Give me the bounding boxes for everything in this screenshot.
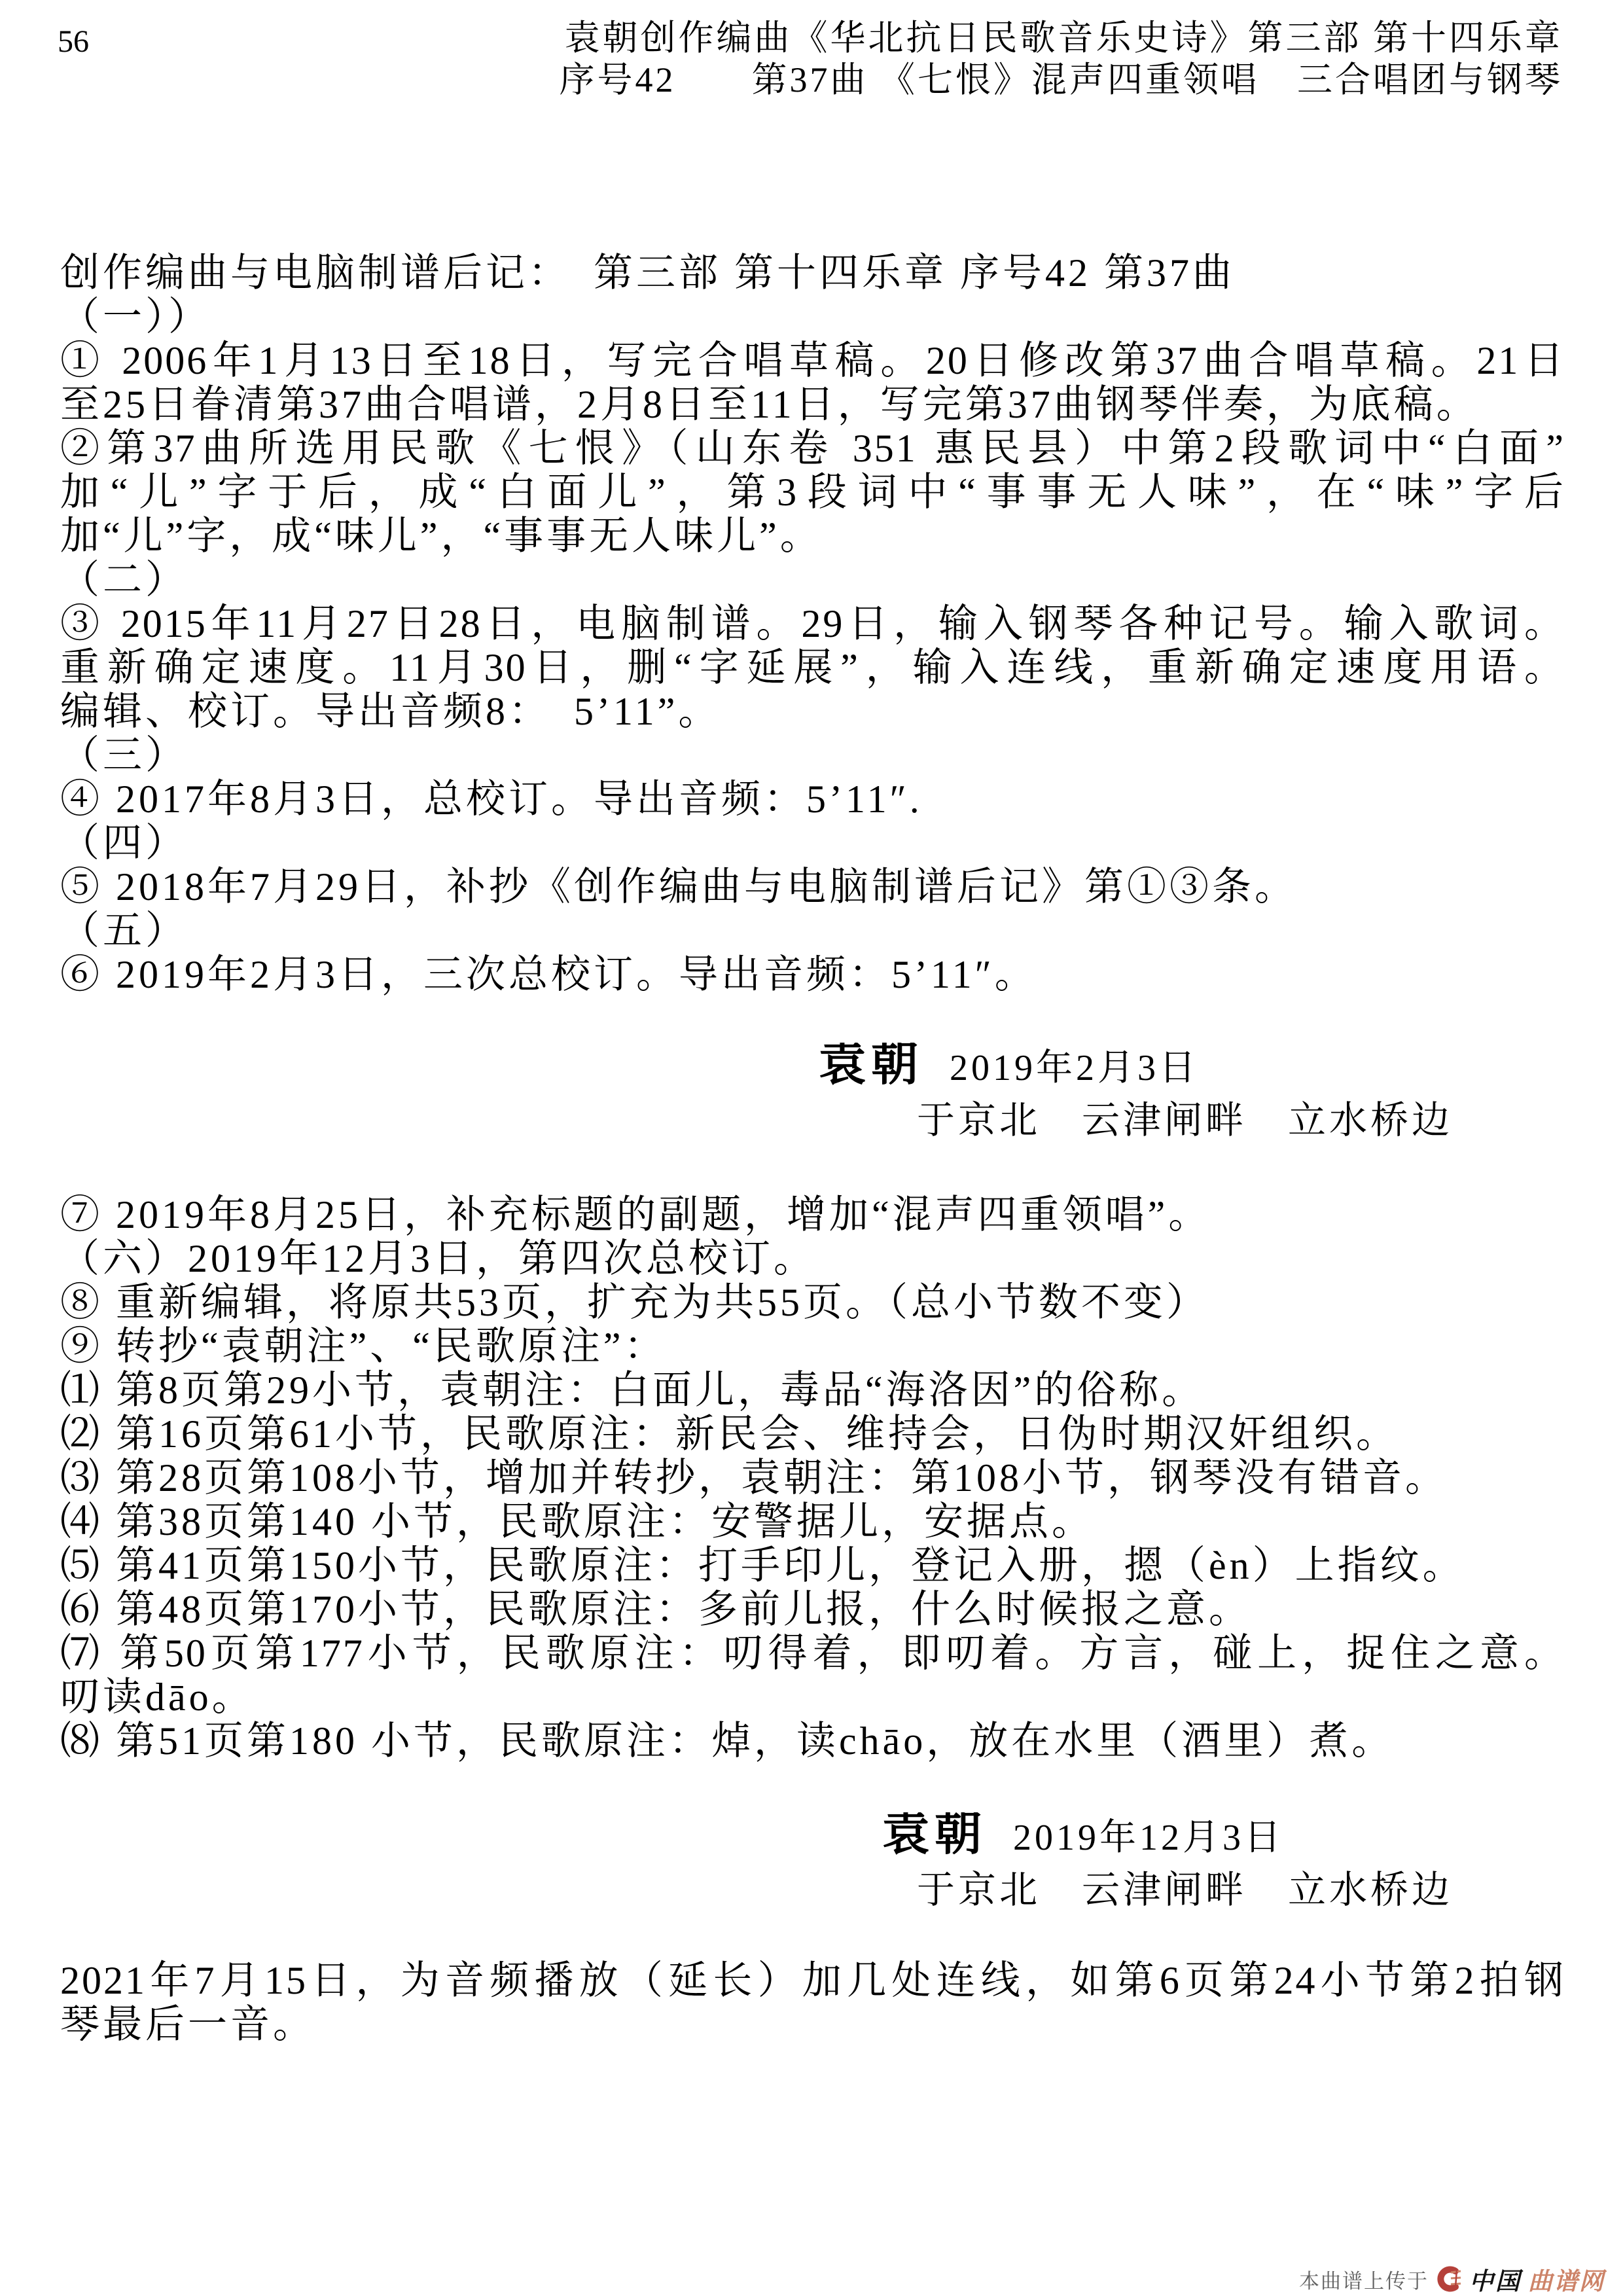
text-line: ⑤ 2018年7月29日，补抄《创作编曲与电脑制谱后记》第①③条。: [60, 865, 1565, 909]
page-number: 56: [58, 24, 89, 60]
closing-note: 2021年7月15日，为音频播放（延长）加几处连线，如第6页第24小节第2拍钢 …: [60, 1959, 1565, 2047]
signature-name-date: 袁朝2019年12月3日: [60, 1812, 1565, 1868]
text-line: ⑺ 第50页第177小节，民歌原注：叨得着，即叨着。方言，碰上，捉住之意。: [60, 1632, 1565, 1676]
document-page: 56 袁朝创作编曲《华北抗日民歌音乐史诗》第三部 第十四乐章 序号42 第37曲…: [0, 0, 1623, 2296]
text-line: （三）: [60, 734, 1565, 778]
text-line: ⑻ 第51页第180 小节，民歌原注：焯，读chāo，放在水里（酒里）煮。: [60, 1719, 1565, 1763]
signature-place: 于京北 云津闸畔 立水桥边: [60, 1868, 1565, 1912]
signature-block-2: 袁朝2019年12月3日 于京北 云津闸畔 立水桥边: [60, 1812, 1565, 1912]
text-line: 编辑、校订。导出音频8： 5’11”。: [60, 690, 1565, 734]
text-line: 加“儿”字，成“味儿”，“事事无人味儿”。: [60, 514, 1565, 558]
text-line: 加“儿”字于后，成“白面儿”，第3段词中“事事无人味”，在“味”字后: [60, 471, 1565, 514]
text-line: （一））: [60, 295, 1565, 339]
text-line: 叨读dāo。: [60, 1676, 1565, 1719]
text-line: ②第37曲所选用民歌《七恨》（山东卷 351 惠民县）中第2段歌词中“白面”: [60, 427, 1565, 471]
watermark-brand-suffix: 曲谱网: [1528, 2261, 1605, 2296]
text-line: ③ 2015年11月27日28日，电脑制谱。29日，输入钢琴各种记号。输入歌词。: [60, 602, 1565, 646]
signature-name-date: 袁朝2019年2月3日: [60, 1043, 1565, 1098]
text-line: 2021年7月15日，为音频播放（延长）加几处连线，如第6页第24小节第2拍钢: [60, 1959, 1565, 2003]
text-line: （四）: [60, 821, 1565, 865]
text-line: ④ 2017年8月3日，总校订。导出音频：5’11″.: [60, 778, 1565, 821]
text-line: 琴最后一音。: [60, 2003, 1565, 2047]
text-line: ⑦ 2019年8月25日，补充标题的副题，增加“混声四重领唱”。: [60, 1193, 1565, 1237]
text-line: ⑨ 转抄“袁朝注”、“民歌原注”：: [60, 1325, 1565, 1369]
site-watermark: 本曲谱上传于 中国 曲谱网: [1299, 2261, 1605, 2296]
text-line: ⑥ 2019年2月3日，三次总校订。导出音频：5’11″。: [60, 953, 1565, 997]
text-line: （六）2019年12月3日，第四次总校订。: [60, 1237, 1565, 1281]
watermark-prefix: 本曲谱上传于: [1299, 2265, 1429, 2294]
signature-date: 2019年2月3日: [950, 1048, 1199, 1088]
header-line-1: 袁朝创作编曲《华北抗日民歌音乐史诗》第三部 第十四乐章: [393, 17, 1563, 59]
text-line: 至25日眷清第37曲合唱谱，2月8日至11日，写完第37曲钢琴伴奏，为底稿。: [60, 383, 1565, 427]
text-line: ⑷ 第38页第140 小节，民歌原注：安警据儿，安据点。: [60, 1500, 1565, 1544]
quzipu-logo-icon: [1435, 2265, 1463, 2293]
postscript-part2: ⑦ 2019年8月25日，补充标题的副题，增加“混声四重领唱”。 （六）2019…: [60, 1193, 1565, 1763]
text-line: （二）: [60, 558, 1565, 602]
text-line: ⑵ 第16页第61小节，民歌原注：新民会、维持会，日伪时期汉奸组织。: [60, 1412, 1565, 1456]
text-line: ⑧ 重新编辑，将原共53页，扩充为共55页。（总小节数不变）: [60, 1281, 1565, 1325]
text-line: ⑸ 第41页第150小节，民歌原注：打手印儿，登记入册，摁（èn）上指纹。: [60, 1544, 1565, 1588]
postscript-title: 创作编曲与电脑制谱后记： 第三部 第十四乐章 序号42 第37曲: [60, 251, 1565, 295]
header-line-2: 序号42 第37曲 《七恨》混声四重领唱 三合唱团与钢琴: [393, 59, 1563, 101]
text-line: （五）: [60, 909, 1565, 953]
text-line: ⑹ 第48页第170小节，民歌原注：多前儿报，什么时候报之意。: [60, 1588, 1565, 1632]
author-name: 袁朝: [882, 1812, 987, 1860]
postscript-body: 创作编曲与电脑制谱后记： 第三部 第十四乐章 序号42 第37曲 （一）） ① …: [60, 251, 1565, 2047]
text-line: 重新确定速度。11月30日，删“字延展”，输入连线，重新确定速度用语。: [60, 646, 1565, 690]
signature-date: 2019年12月3日: [1013, 1818, 1284, 1858]
signature-place: 于京北 云津闸畔 立水桥边: [60, 1098, 1565, 1142]
watermark-brand-cn: 中国: [1469, 2261, 1522, 2296]
text-line: ⑶ 第28页第108小节，增加并转抄，袁朝注：第108小节，钢琴没有错音。: [60, 1456, 1565, 1500]
running-header: 袁朝创作编曲《华北抗日民歌音乐史诗》第三部 第十四乐章 序号42 第37曲 《七…: [393, 17, 1563, 101]
text-line: ① 2006年1月13日至18日，写完合唱草稿。20日修改第37曲合唱草稿。21…: [60, 339, 1565, 383]
author-name: 袁朝: [819, 1043, 923, 1090]
text-line: ⑴ 第8页第29小节，袁朝注：白面儿，毒品“海洛因”的俗称。: [60, 1369, 1565, 1412]
signature-block-1: 袁朝2019年2月3日 于京北 云津闸畔 立水桥边: [60, 1043, 1565, 1142]
